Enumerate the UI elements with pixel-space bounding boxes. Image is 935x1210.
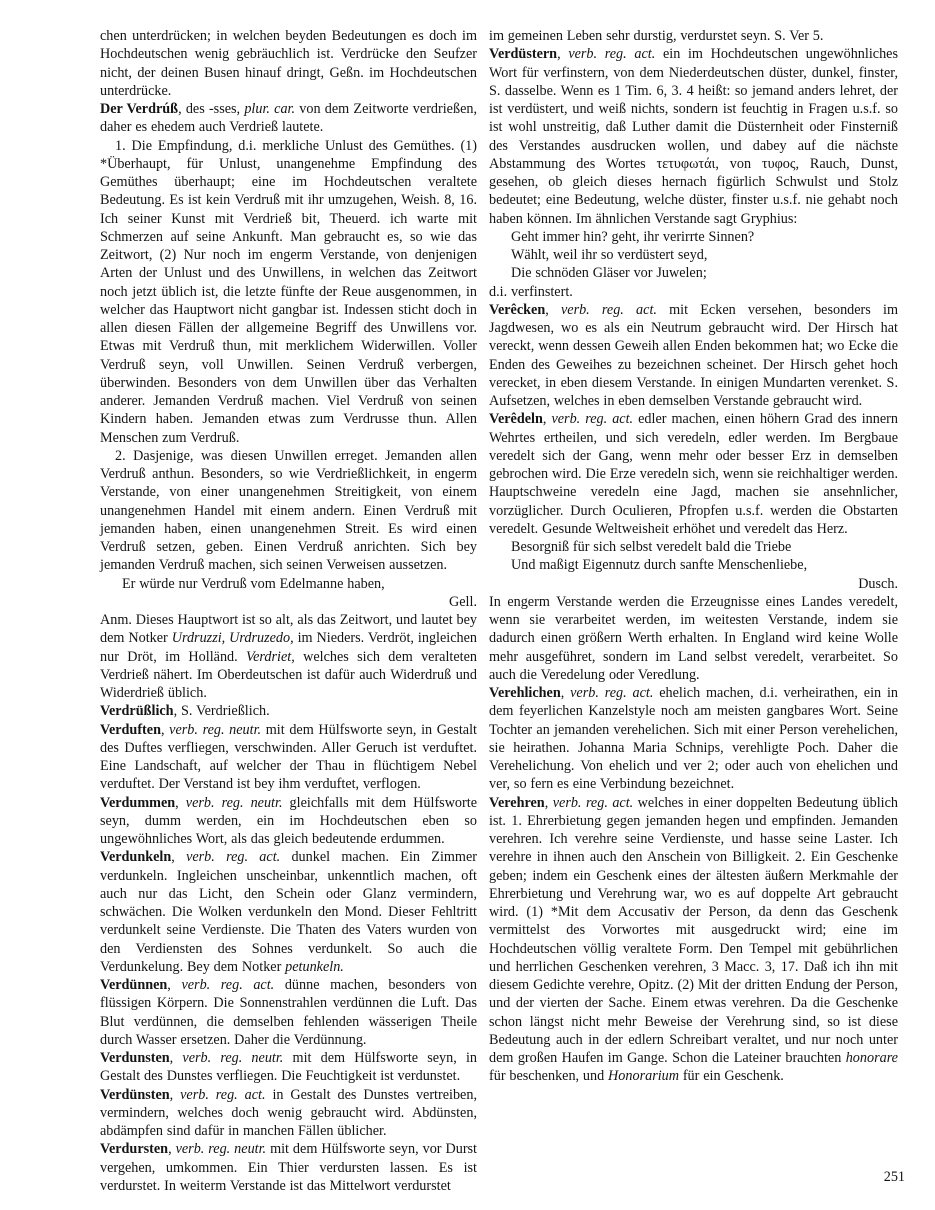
text-run: für ein Geschenk.: [679, 1068, 784, 1084]
headword: Der Verdrúß: [100, 101, 178, 117]
italic-text: verb. reg. neutr.: [182, 1050, 283, 1066]
text-run: chen unterdrücken; in welchen beyden Bed…: [100, 28, 477, 99]
page-number: 251: [884, 1168, 905, 1186]
dictionary-entry: Verdünsten, verb. reg. act. in Gestalt d…: [100, 1086, 477, 1141]
text-run: Er würde nur Verdruß vom Edelmanne haben…: [122, 576, 385, 592]
italic-text: verb. reg. act.: [186, 849, 280, 865]
verse-line: Geht immer hin? geht, ihr verirrte Sinne…: [489, 228, 898, 246]
text-run: ,: [545, 795, 553, 811]
text-run: Und maßigt Eigennutz durch sanfte Mensch…: [511, 557, 807, 573]
headword: Verdünsten: [100, 1087, 170, 1103]
verse-line: Wählt, weil ihr so verdüstert seyd,: [489, 246, 898, 264]
dictionary-entry: Verdursten, verb. reg. neutr. mit dem Hü…: [100, 1140, 477, 1195]
dictionary-entry: Verêdeln, verb. reg. act. edler machen, …: [489, 410, 898, 538]
paragraph: In engerm Verstande werden die Erzeugnis…: [489, 593, 898, 684]
paragraph: chen unterdrücken; in welchen beyden Bed…: [100, 27, 477, 100]
dictionary-entry: Verdunsten, verb. reg. neutr. mit dem Hü…: [100, 1049, 477, 1086]
verse-line: Er würde nur Verdruß vom Edelmanne haben…: [100, 575, 477, 593]
headword: Verdrüßlich: [100, 703, 174, 719]
text-run: Wählt, weil ihr so verdüstert seyd,: [511, 247, 707, 263]
headword: Verêcken: [489, 302, 545, 318]
headword: Verehlichen: [489, 685, 561, 701]
italic-text: plur. car.: [244, 101, 295, 117]
text-run: für beschenken, und: [489, 1068, 608, 1084]
headword: Verehren: [489, 795, 545, 811]
paragraph: Anm. Dieses Hauptwort ist so alt, als da…: [100, 611, 477, 702]
text-run: edler machen, einen höhern Grad des inne…: [489, 411, 898, 537]
dictionary-entry: Verdünnen, verb. reg. act. dünne machen,…: [100, 976, 477, 1049]
dictionary-entry: Verehren, verb. reg. act. welches in ein…: [489, 794, 898, 1086]
dictionary-entry: Verdüstern, verb. reg. act. ein im Hochd…: [489, 45, 898, 228]
italic-text: verb. reg. act.: [181, 977, 274, 993]
text-run: dunkel machen. Ein Zimmer verdunkeln. In…: [100, 849, 477, 975]
text-run: ,: [170, 1050, 183, 1066]
text-run: im gemeinen Leben sehr durstig, verdurst…: [489, 28, 823, 44]
italic-text: verb. reg. neutr.: [169, 722, 261, 738]
paragraph: d.i. verfinstert.: [489, 283, 898, 301]
dictionary-entry: Verdummen, verb. reg. neutr. gleichfalls…: [100, 794, 477, 849]
headword: Verdüstern: [489, 46, 557, 62]
italic-text: verb. reg. neutr.: [176, 1141, 267, 1157]
text-run: Dusch.: [858, 576, 898, 592]
headword: Verdunsten: [100, 1050, 170, 1066]
dictionary-page: chen unterdrücken; in welchen beyden Bed…: [0, 0, 935, 1210]
headword: Verdunkeln: [100, 849, 171, 865]
attribution: Dusch.: [489, 575, 898, 593]
italic-text: verb. reg. neutr.: [186, 795, 283, 811]
italic-text: verb. reg. act.: [180, 1087, 265, 1103]
italic-text: verb. reg. act.: [553, 795, 634, 811]
dictionary-entry: Verêcken, verb. reg. act. mit Ecken vers…: [489, 301, 898, 411]
headword: Verdummen: [100, 795, 175, 811]
text-run: , des -sses,: [178, 101, 244, 117]
text-run: welches in einer doppelten Bedeutung übl…: [489, 795, 898, 1067]
headword: Verdünnen: [100, 977, 167, 993]
text-run: ,: [175, 795, 186, 811]
italic-text: Honorarium: [608, 1068, 679, 1084]
dictionary-entry: Der Verdrúß, des -sses, plur. car. von d…: [100, 100, 477, 137]
text-run: ehelich machen, d.i. verheirathen, ein i…: [489, 685, 898, 792]
text-run: ,: [557, 46, 568, 62]
text-run: Die schnöden Gläser vor Juwelen;: [511, 265, 707, 281]
text-run: In engerm Verstande werden die Erzeugnis…: [489, 594, 898, 683]
text-run: ,: [167, 977, 181, 993]
text-run: ,: [170, 1087, 180, 1103]
verse-line: Und maßigt Eigennutz durch sanfte Mensch…: [489, 556, 898, 574]
italic-text: verb. reg. act.: [568, 46, 655, 62]
dictionary-entry: Verduften, verb. reg. neutr. mit dem Hül…: [100, 721, 477, 794]
dictionary-entry: Verehlichen, verb. reg. act. ehelich mac…: [489, 684, 898, 794]
text-run: ,: [545, 302, 561, 318]
text-run: 2. Dasjenige, was diesen Unwillen errege…: [100, 448, 477, 574]
headword: Verdursten: [100, 1141, 168, 1157]
attribution: Gell.: [100, 593, 477, 611]
text-run: ein im Hochdeutschen ungewöhnliches Wort…: [489, 46, 898, 226]
text-run: ,: [171, 849, 186, 865]
text-run: , S. Verdrießlich.: [174, 703, 270, 719]
text-run: ,: [561, 685, 570, 701]
italic-text: petunkeln.: [285, 959, 344, 975]
paragraph: im gemeinen Leben sehr durstig, verdurst…: [489, 27, 898, 45]
text-run: Gell.: [449, 594, 477, 610]
text-run: ,: [161, 722, 169, 738]
italic-text: honorare: [846, 1050, 898, 1066]
text-run: Geht immer hin? geht, ihr verirrte Sinne…: [511, 229, 754, 245]
text-run: Besorgniß für sich selbst veredelt bald …: [511, 539, 791, 555]
text-column-right: im gemeinen Leben sehr durstig, verdurst…: [489, 27, 898, 1086]
italic-text: Urdruzzi, Urdruzedo,: [172, 630, 294, 646]
text-run: ,: [168, 1141, 176, 1157]
sense-paragraph: 1. Die Empfindung, d.i. merkliche Unlust…: [100, 137, 477, 447]
italic-text: verb. reg. act.: [561, 302, 657, 318]
verse-line: Besorgniß für sich selbst veredelt bald …: [489, 538, 898, 556]
italic-text: Verdriet,: [246, 649, 295, 665]
headword: Verduften: [100, 722, 161, 738]
sense-paragraph: 2. Dasjenige, was diesen Unwillen errege…: [100, 447, 477, 575]
italic-text: verb. reg. act.: [570, 685, 653, 701]
dictionary-entry: Verdrüßlich, S. Verdrießlich.: [100, 702, 477, 720]
text-run: d.i. verfinstert.: [489, 284, 573, 300]
text-run: 1. Die Empfindung, d.i. merkliche Unlust…: [100, 138, 477, 446]
italic-text: verb. reg. act.: [551, 411, 633, 427]
headword: Verêdeln: [489, 411, 543, 427]
verse-line: Die schnöden Gläser vor Juwelen;: [489, 264, 898, 282]
dictionary-entry: Verdunkeln, verb. reg. act. dunkel mache…: [100, 848, 477, 976]
text-column-left: chen unterdrücken; in welchen beyden Bed…: [100, 27, 477, 1195]
